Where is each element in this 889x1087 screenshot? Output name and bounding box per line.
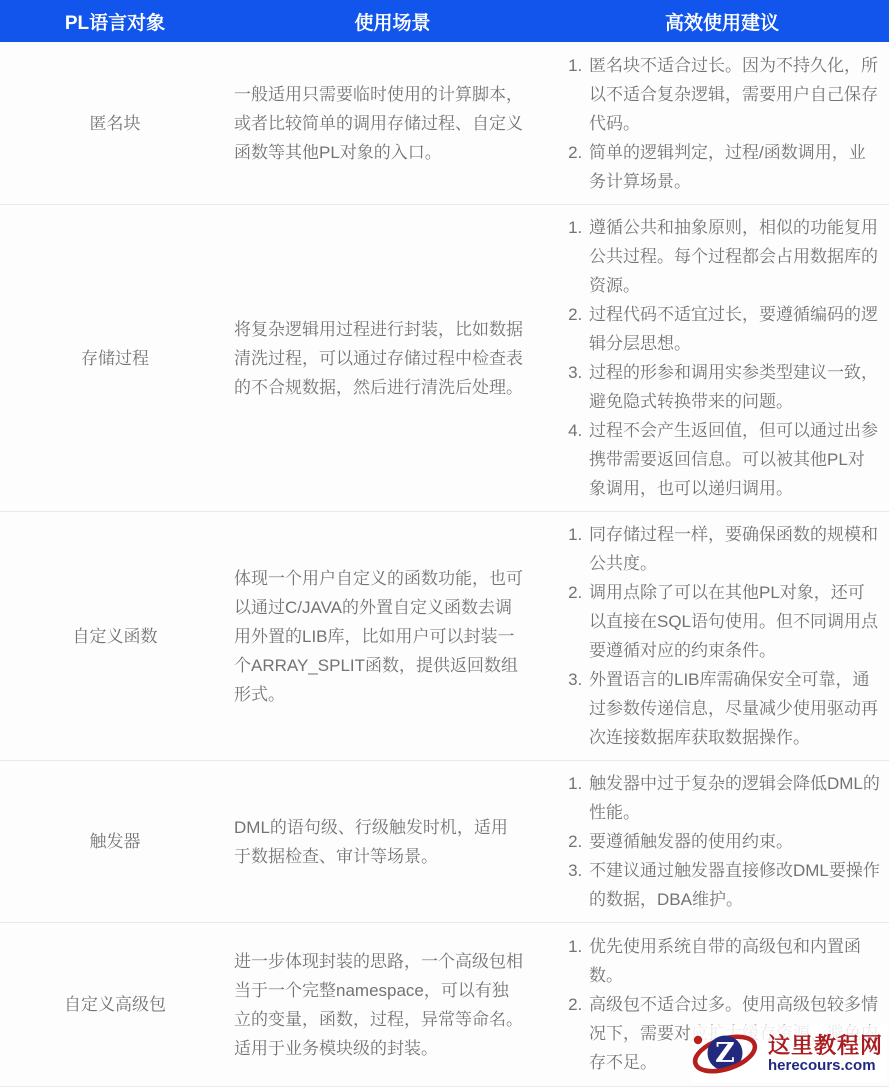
header-pl-object: PL语言对象 xyxy=(0,8,230,35)
usage-scenario: DML的语句级、行级触发时机，适用于数据检查、审计等场景。 xyxy=(230,803,555,881)
header-usage-scenario: 使用场景 xyxy=(230,8,555,35)
pl-objects-table: PL语言对象 使用场景 高效使用建议 匿名块 一般适用只需要临时使用的计算脚本，… xyxy=(0,0,889,1087)
suggestion-item: 要遵循触发器的使用约束。 xyxy=(587,827,881,856)
pl-object-name: 匿名块 xyxy=(0,109,230,138)
suggestion-item: 外置语言的LIB库需确保安全可靠，通过参数传递信息，尽量减少使用驱动再次连接数据… xyxy=(587,665,881,752)
suggestion-item: 简单的逻辑判定，过程/函数调用，业务计算场景。 xyxy=(587,138,881,196)
suggestion-item: 匿名块不适合过长。因为不持久化，所以不适合复杂逻辑，需要用户自己保存代码。 xyxy=(587,51,881,138)
table-row: 匿名块 一般适用只需要临时使用的计算脚本，或者比较简单的调用存储过程、自定义函数… xyxy=(0,42,889,205)
suggestion-item: 不建议通过触发器直接修改DML要操作的数据，DBA维护。 xyxy=(587,856,881,914)
usage-suggestions: 匿名块不适合过长。因为不持久化，所以不适合复杂逻辑，需要用户自己保存代码。简单的… xyxy=(555,43,889,204)
suggestion-list: 同存储过程一样，要确保函数的规模和公共度。调用点除了可以在其他PL对象，还可以直… xyxy=(563,520,881,752)
site-logo-icon: Z xyxy=(692,1027,764,1081)
logo-letter: Z xyxy=(715,1038,735,1069)
suggestion-item: 过程的形参和调用实参类型建议一致，避免隐式转换带来的问题。 xyxy=(587,358,881,416)
table-row: 存储过程 将复杂逻辑用过程进行封装，比如数据清洗过程，可以通过存储过程中检查表的… xyxy=(0,205,889,512)
usage-suggestions: 同存储过程一样，要确保函数的规模和公共度。调用点除了可以在其他PL对象，还可以直… xyxy=(555,512,889,760)
usage-scenario: 进一步体现封装的思路，一个高级包相当于一个完整namespace，可以有独立的变… xyxy=(230,937,555,1073)
suggestion-item: 同存储过程一样，要确保函数的规模和公共度。 xyxy=(587,520,881,578)
table-row: 自定义函数 体现一个用户自定义的函数功能，也可以通过C/JAVA的外置自定义函数… xyxy=(0,512,889,761)
suggestion-item: 触发器中过于复杂的逻辑会降低DML的性能。 xyxy=(587,769,881,827)
usage-scenario: 将复杂逻辑用过程进行封装，比如数据清洗过程，可以通过存储过程中检查表的不合规数据… xyxy=(230,305,555,412)
suggestion-item: 过程不会产生返回值，但可以通过出参携带需要返回信息。可以被其他PL对象调用，也可… xyxy=(587,416,881,503)
pl-object-name: 存储过程 xyxy=(0,344,230,373)
usage-scenario: 一般适用只需要临时使用的计算脚本，或者比较简单的调用存储过程、自定义函数等其他P… xyxy=(230,70,555,177)
suggestion-list: 遵循公共和抽象原则，相似的功能复用公共过程。每个过程都会占用数据库的资源。过程代… xyxy=(563,213,881,503)
page: PL语言对象 使用场景 高效使用建议 匿名块 一般适用只需要临时使用的计算脚本，… xyxy=(0,0,889,1087)
suggestion-item: 过程代码不适宜过长，要遵循编码的逻辑分层思想。 xyxy=(587,300,881,358)
pl-object-name: 自定义函数 xyxy=(0,622,230,651)
usage-suggestions: 遵循公共和抽象原则，相似的功能复用公共过程。每个过程都会占用数据库的资源。过程代… xyxy=(555,205,889,511)
usage-suggestions: 触发器中过于复杂的逻辑会降低DML的性能。要遵循触发器的使用约束。不建议通过触发… xyxy=(555,761,889,922)
watermark-text: 这里教程网 herecours.com xyxy=(768,1034,883,1075)
site-url: herecours.com xyxy=(768,1058,883,1075)
suggestion-item: 优先使用系统自带的高级包和内置函数。 xyxy=(587,932,881,990)
suggestion-item: 遵循公共和抽象原则，相似的功能复用公共过程。每个过程都会占用数据库的资源。 xyxy=(587,213,881,300)
table-header-row: PL语言对象 使用场景 高效使用建议 xyxy=(0,0,889,42)
site-watermark: Z 这里教程网 herecours.com xyxy=(692,1025,887,1083)
pl-object-name: 自定义高级包 xyxy=(0,990,230,1019)
header-usage-suggestions: 高效使用建议 xyxy=(555,8,889,35)
pl-object-name: 触发器 xyxy=(0,827,230,856)
usage-scenario: 体现一个用户自定义的函数功能，也可以通过C/JAVA的外置自定义函数去调用外置的… xyxy=(230,554,555,719)
site-name: 这里教程网 xyxy=(768,1034,883,1058)
suggestion-list: 匿名块不适合过长。因为不持久化，所以不适合复杂逻辑，需要用户自己保存代码。简单的… xyxy=(563,51,881,196)
table-row: 触发器 DML的语句级、行级触发时机，适用于数据检查、审计等场景。 触发器中过于… xyxy=(0,761,889,923)
suggestion-list: 触发器中过于复杂的逻辑会降低DML的性能。要遵循触发器的使用约束。不建议通过触发… xyxy=(563,769,881,914)
suggestion-item: 调用点除了可以在其他PL对象，还可以直接在SQL语句使用。但不同调用点要遵循对应… xyxy=(587,578,881,665)
table-body: 匿名块 一般适用只需要临时使用的计算脚本，或者比较简单的调用存储过程、自定义函数… xyxy=(0,42,889,1087)
